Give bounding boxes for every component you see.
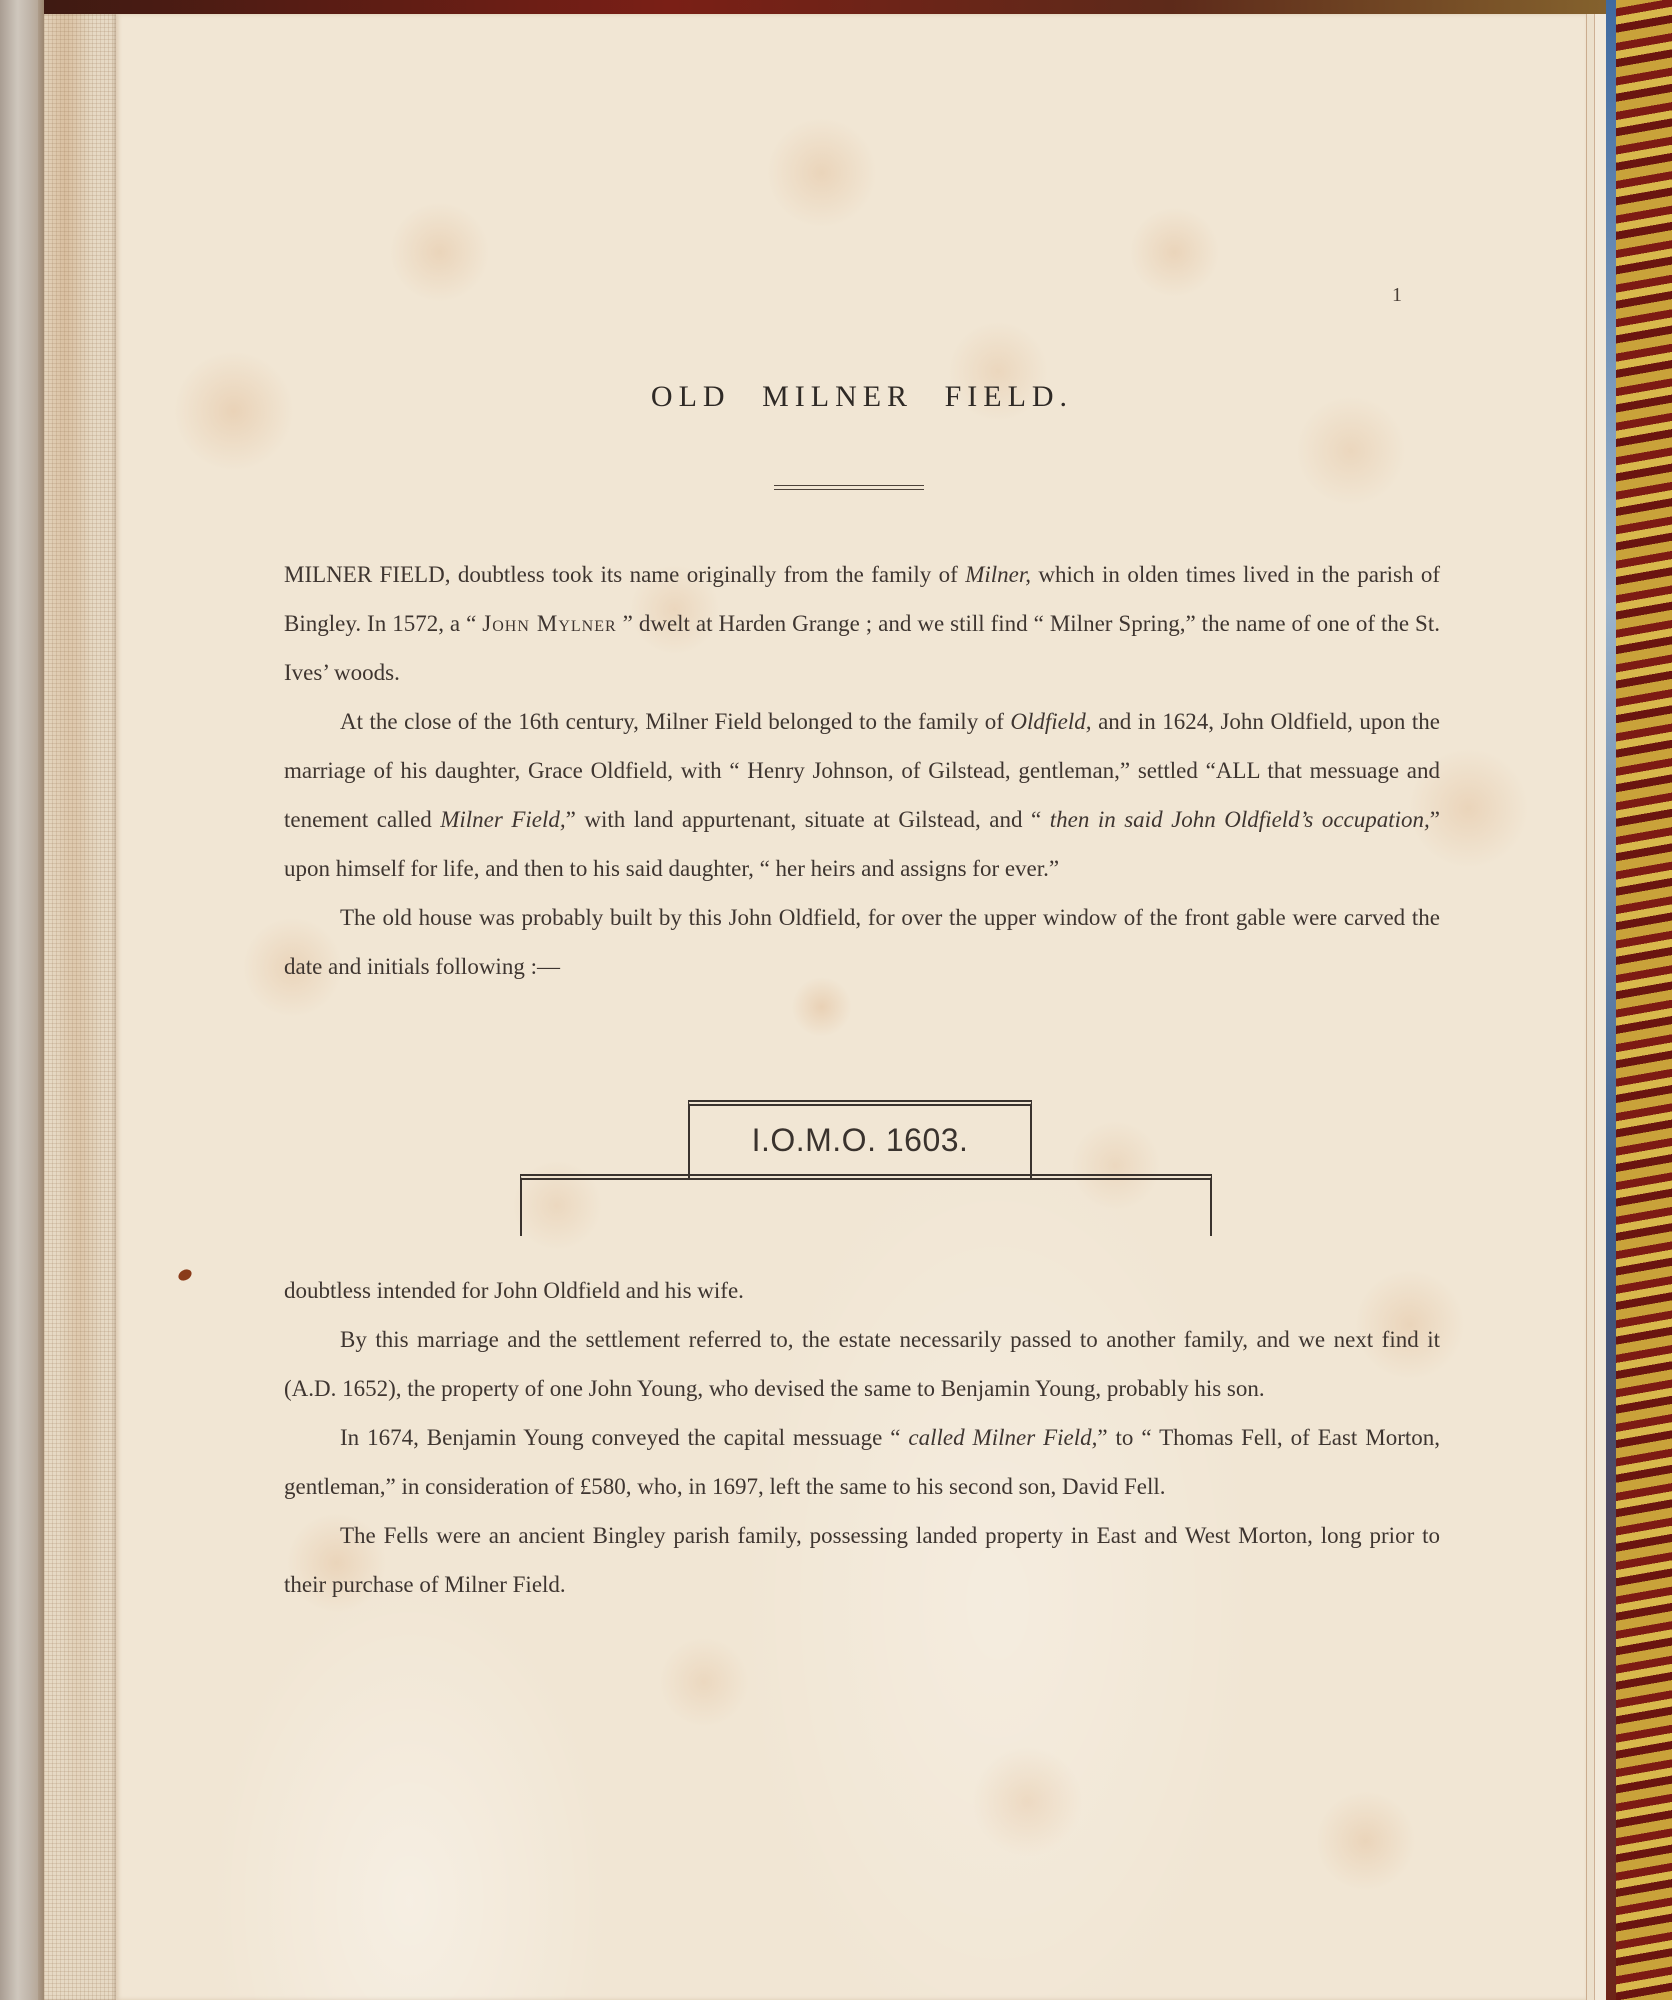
inscription-text: I.O.M.O. 1603. [690,1122,1030,1159]
text-block-top: MILNER FIELD, doubtless took its name or… [284,550,1440,991]
book-gutter [0,0,44,2000]
text-run: By this marriage and the settlement refe… [284,1327,1440,1401]
text-run: At the close of the 16th century, Milner… [340,709,1010,734]
gable-inscription-diagram: I.O.M.O. 1603. [520,1100,1210,1240]
italic-text: called Milner Field, [908,1425,1097,1450]
paragraph: doubtless intended for John Oldfield and… [284,1266,1440,1315]
text-run: doubtless intended for John Oldfield and… [284,1278,744,1303]
gable-outline [520,1174,1212,1236]
text-run: ” with land appurtenant, situate at Gils… [566,807,1050,832]
page-number: 1 [1392,284,1402,307]
text-block-bottom: doubtless intended for John Oldfield and… [284,1266,1440,1609]
text-run: The Fells were an ancient Bingley parish… [284,1523,1440,1597]
cloth-hinge [44,14,116,2000]
text-run: The old house was probably built by this… [284,905,1440,979]
book-top-edge [0,0,1672,14]
paragraph: At the close of the 16th century, Milner… [284,697,1440,893]
paragraph: The old house was probably built by this… [284,893,1440,991]
paragraph: MILNER FIELD, doubtless took its name or… [284,550,1440,697]
paragraph: By this marriage and the settlement refe… [284,1315,1440,1413]
title-divider [774,485,924,490]
italic-text: then in said John Oldfield’s occupation, [1050,807,1430,832]
italic-text: Milner Field, [440,807,565,832]
gilt-cover-edge [1606,0,1672,2000]
inscription-panel: I.O.M.O. 1603. [688,1100,1032,1178]
text-run: MILNER FIELD, doubtless took its name or… [284,562,965,587]
foxing-mark [176,1267,193,1283]
text-run: In 1674, Benjamin Young conveyed the cap… [340,1425,908,1450]
small-caps-text: John Mylner [482,611,616,636]
italic-text: Milner, [965,562,1031,587]
book-page: 1 OLD MILNER FIELD. MILNER FIELD, doubtl… [116,14,1586,2000]
paragraph: The Fells were an ancient Bingley parish… [284,1511,1440,1609]
page-title: OLD MILNER FIELD. [284,380,1440,414]
paragraph: In 1674, Benjamin Young conveyed the cap… [284,1413,1440,1511]
italic-text: Oldfield, [1010,709,1091,734]
